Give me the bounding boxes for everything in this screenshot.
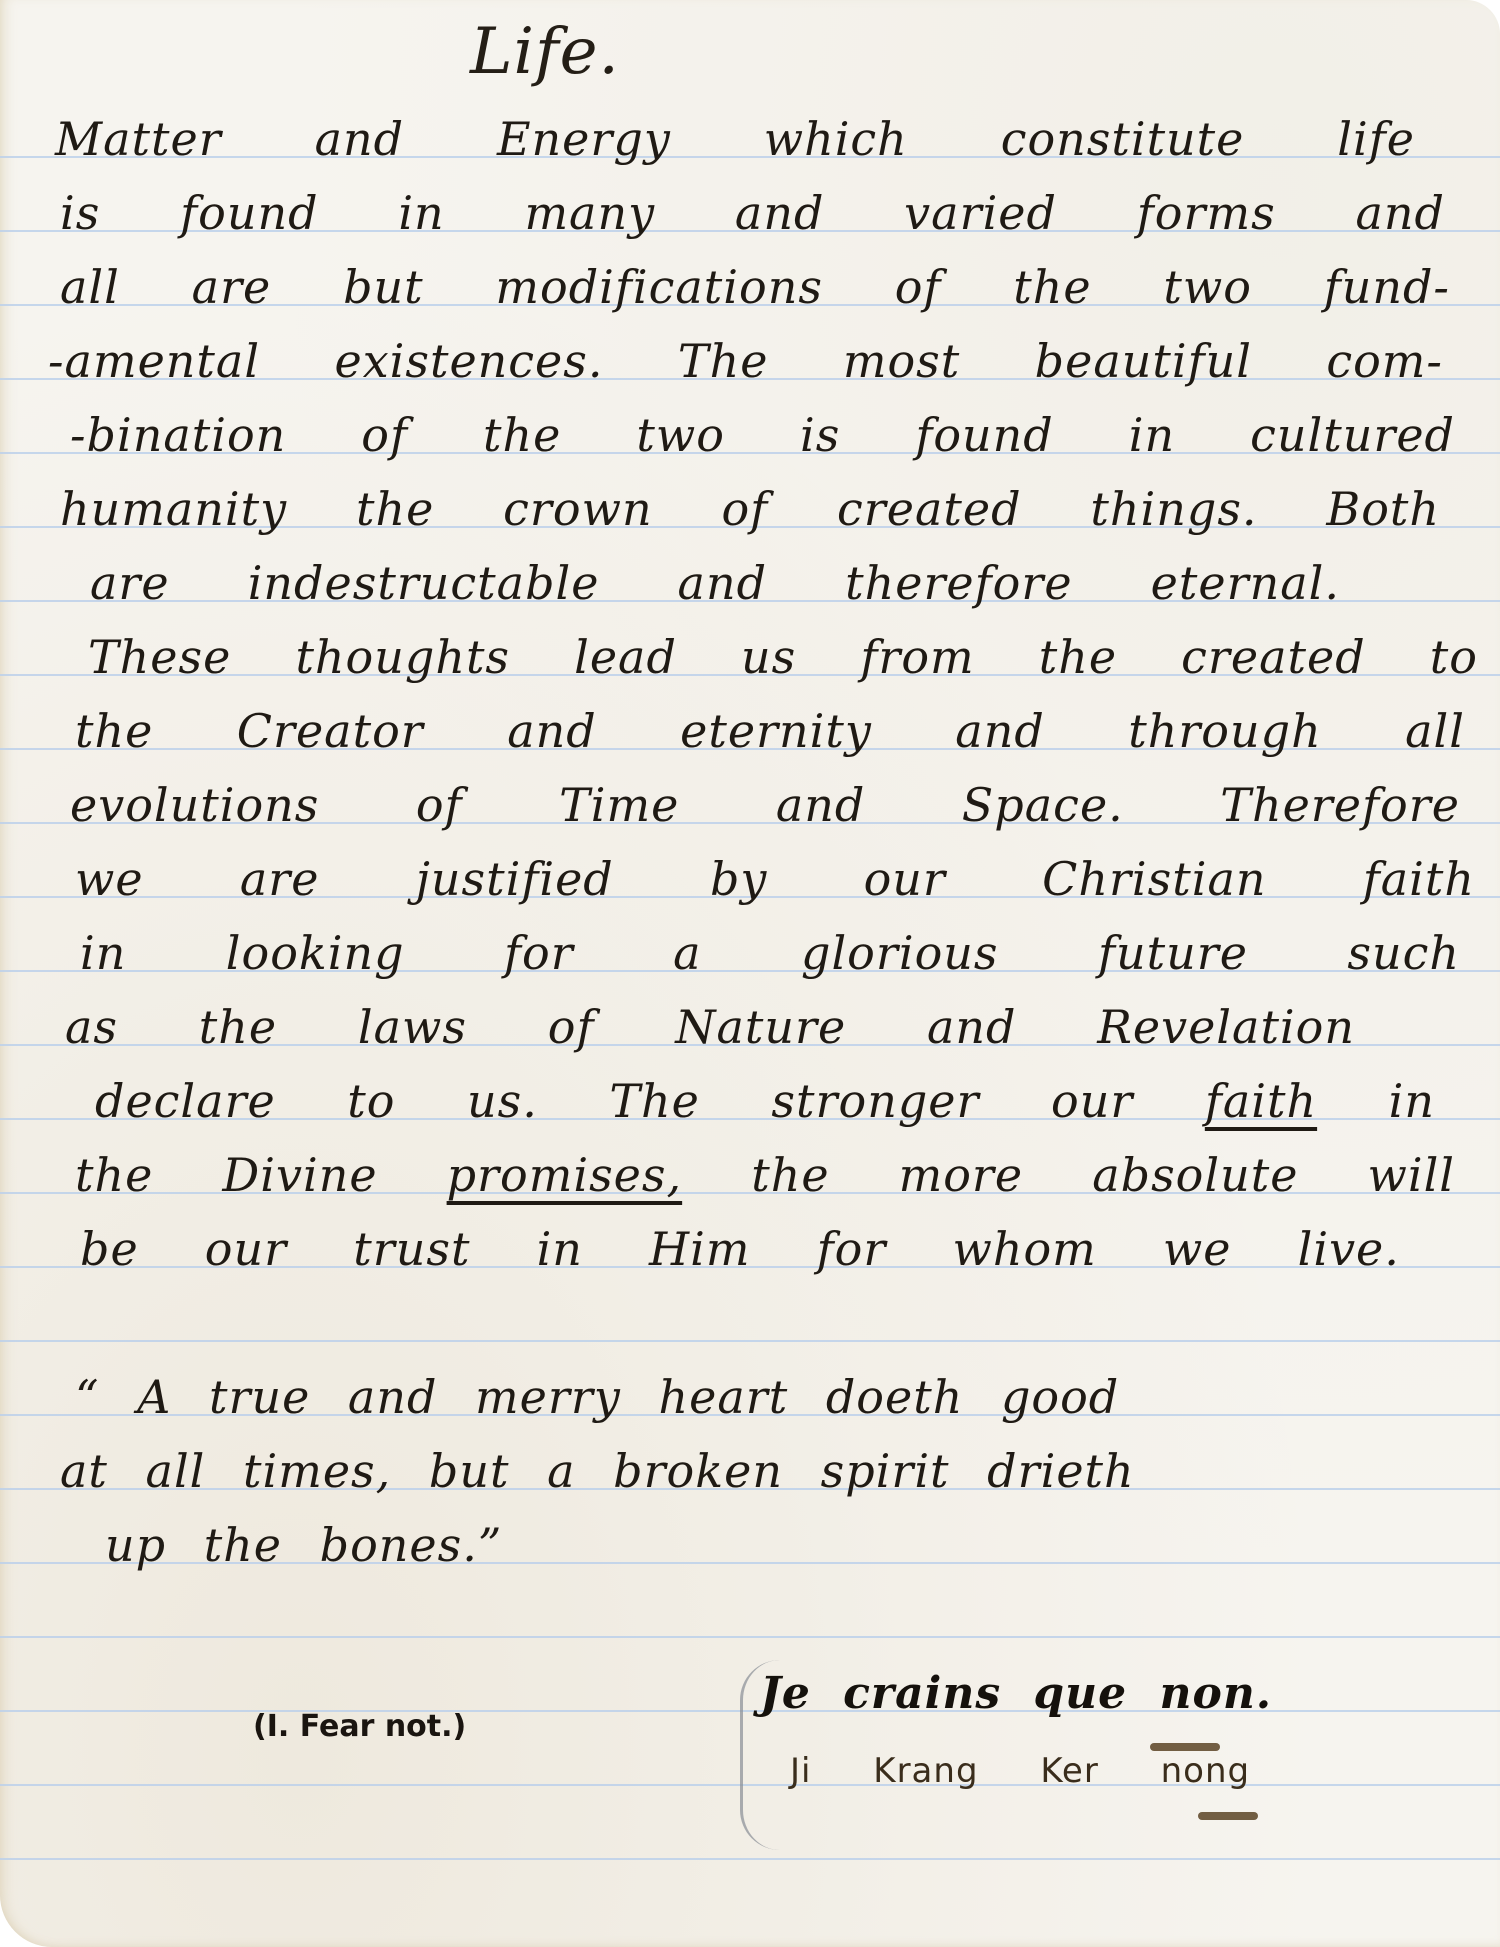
word: the (483, 412, 561, 458)
word: the (751, 1152, 829, 1198)
word: for (817, 1226, 887, 1272)
word: a (673, 930, 701, 976)
word: are (240, 856, 320, 902)
word: of (416, 782, 463, 828)
ruled-line (0, 1340, 1500, 1342)
word: the (1039, 634, 1117, 680)
word: created (1181, 634, 1366, 680)
word: These (88, 634, 231, 680)
word: laws (358, 1004, 467, 1050)
paragraph-line: wearejustifiedbyourChristianfaith (75, 856, 1475, 902)
word: therefore (845, 560, 1072, 606)
word: be (80, 1226, 139, 1272)
word: looking (226, 930, 405, 976)
word: the (356, 486, 434, 532)
ink-smudge (1150, 1743, 1220, 1751)
word: through (1128, 708, 1322, 754)
word: all (1405, 708, 1465, 754)
word: The (678, 338, 769, 384)
paragraph-line: areindestructableandthereforeeternal. (90, 560, 1340, 606)
word: the (1013, 264, 1091, 310)
word: in (1389, 1078, 1435, 1124)
word: fund- (1324, 264, 1450, 310)
word: cultured (1250, 412, 1455, 458)
word: are (192, 264, 272, 310)
paragraph-line: evolutionsofTimeandSpace.Therefore (70, 782, 1460, 828)
word: two (636, 412, 725, 458)
translation-note: (I. Fear not.) (253, 1712, 466, 1742)
word: will (1367, 1152, 1455, 1198)
word: life (1337, 116, 1415, 162)
word: most (843, 338, 960, 384)
word: Time (559, 782, 679, 828)
word: live. (1298, 1226, 1400, 1272)
word: Christian (1042, 856, 1266, 902)
word: all (60, 264, 120, 310)
word: us (741, 634, 796, 680)
word: to (1430, 634, 1478, 680)
paragraph-line: asthelawsofNatureandRevelation (65, 1004, 1355, 1050)
word: Matter (55, 116, 222, 162)
word: declare (95, 1078, 276, 1124)
word: forms (1137, 190, 1276, 236)
word: we (75, 856, 144, 902)
signature: Ji Krang Ker nong (790, 1754, 1250, 1788)
word: crown (503, 486, 652, 532)
word: varied (904, 190, 1057, 236)
manuscript-page: Life. MatterandEnergywhichconstitutelife… (0, 0, 1500, 1947)
word: found (180, 190, 318, 236)
ruled-line (0, 1636, 1500, 1638)
word: many (524, 190, 655, 236)
word: glorious (801, 930, 998, 976)
word: of (895, 264, 942, 310)
word: thoughts (295, 634, 510, 680)
word: two (1163, 264, 1252, 310)
word: in (398, 190, 444, 236)
word: future (1098, 930, 1248, 976)
word: such (1347, 930, 1460, 976)
word: and (1355, 190, 1445, 236)
word: our (864, 856, 946, 902)
word: the (199, 1004, 277, 1050)
paragraph-line: -binationofthetwoisfoundincultured (70, 412, 1455, 458)
word: constitute (1001, 116, 1245, 162)
word: Him (649, 1226, 750, 1272)
paragraph-line: humanitythecrownofcreatedthings.Both (60, 486, 1440, 532)
word: by (710, 856, 767, 902)
word: we (1163, 1226, 1232, 1272)
word: trust (353, 1226, 470, 1272)
word: is (800, 412, 840, 458)
quote-line-2: at all times, but a broken spirit drieth (60, 1448, 1135, 1494)
word: our (1051, 1078, 1133, 1124)
word: are (90, 560, 170, 606)
word: existences. (334, 338, 603, 384)
word: -bination (70, 412, 286, 458)
word: Both (1326, 486, 1440, 532)
word: the (75, 1152, 153, 1198)
word: Energy (497, 116, 671, 162)
paragraph-line: -amentalexistences.Themostbeautifulcom- (48, 338, 1443, 384)
word: faith (1363, 856, 1475, 902)
paragraph-line: theCreatorandeternityandthroughall (75, 708, 1465, 754)
word: com- (1326, 338, 1443, 384)
word: from (860, 634, 974, 680)
french-motto: Je crains que non. (760, 1672, 1272, 1716)
word: and (678, 560, 768, 606)
word: is (60, 190, 100, 236)
word: and (507, 708, 597, 754)
quote-line-1: “ A true and merry heart doeth good (75, 1374, 1119, 1420)
underlined-word: faith (1205, 1078, 1317, 1124)
word: things. (1090, 486, 1257, 532)
word: of (548, 1004, 595, 1050)
word: more (899, 1152, 1024, 1198)
word: and (955, 708, 1045, 754)
word: but (343, 264, 424, 310)
page-title: Life. (470, 20, 620, 84)
word: eternity (680, 708, 872, 754)
word: whom (952, 1226, 1096, 1272)
paragraph-line: theDivinepromises,themoreabsolutewill (75, 1152, 1455, 1198)
paragraph-line: beourtrustinHimforwhomwelive. (80, 1226, 1400, 1272)
word: The (609, 1078, 700, 1124)
paragraph-line: declaretous.Thestrongerourfaithin (95, 1078, 1435, 1124)
word: in (537, 1226, 583, 1272)
word: stronger (771, 1078, 979, 1124)
word: and (315, 116, 405, 162)
paragraph-line: inlookingforagloriousfuturesuch (80, 930, 1460, 976)
word: us. (467, 1078, 538, 1124)
word: in (80, 930, 126, 976)
word: beautiful (1035, 338, 1252, 384)
word: and (735, 190, 825, 236)
word: Revelation (1097, 1004, 1355, 1050)
paragraph-line: Thesethoughtsleadusfromthecreatedto (88, 634, 1478, 680)
word: Creator (237, 708, 424, 754)
paragraph-line: allarebutmodificationsofthetwofund- (60, 264, 1450, 310)
word: of (361, 412, 408, 458)
word: indestructable (248, 560, 600, 606)
word: found (915, 412, 1053, 458)
word: humanity (60, 486, 287, 532)
word: for (504, 930, 574, 976)
word: as (65, 1004, 118, 1050)
word: lead (574, 634, 677, 680)
word: created (837, 486, 1022, 532)
word: Space. (962, 782, 1124, 828)
word: absolute (1092, 1152, 1298, 1198)
word: eternal. (1151, 560, 1340, 606)
paragraph-line: MatterandEnergywhichconstitutelife (55, 116, 1415, 162)
quote-line-3: up the bones.” (105, 1522, 502, 1568)
underlined-word: promises, (447, 1152, 683, 1198)
ruled-line (0, 1858, 1500, 1860)
word: which (764, 116, 908, 162)
word: the (75, 708, 153, 754)
word: evolutions (70, 782, 319, 828)
word: Therefore (1220, 782, 1460, 828)
word: -amental (48, 338, 260, 384)
paragraph-line: isfoundinmanyandvariedformsand (60, 190, 1445, 236)
ink-smudge (1198, 1812, 1258, 1820)
word: in (1129, 412, 1175, 458)
word: to (347, 1078, 395, 1124)
word: and (927, 1004, 1017, 1050)
word: justified (416, 856, 614, 902)
word: and (776, 782, 866, 828)
word: modifications (495, 264, 823, 310)
word: Nature (675, 1004, 846, 1050)
word: of (721, 486, 768, 532)
word: our (205, 1226, 287, 1272)
word: Divine (222, 1152, 377, 1198)
